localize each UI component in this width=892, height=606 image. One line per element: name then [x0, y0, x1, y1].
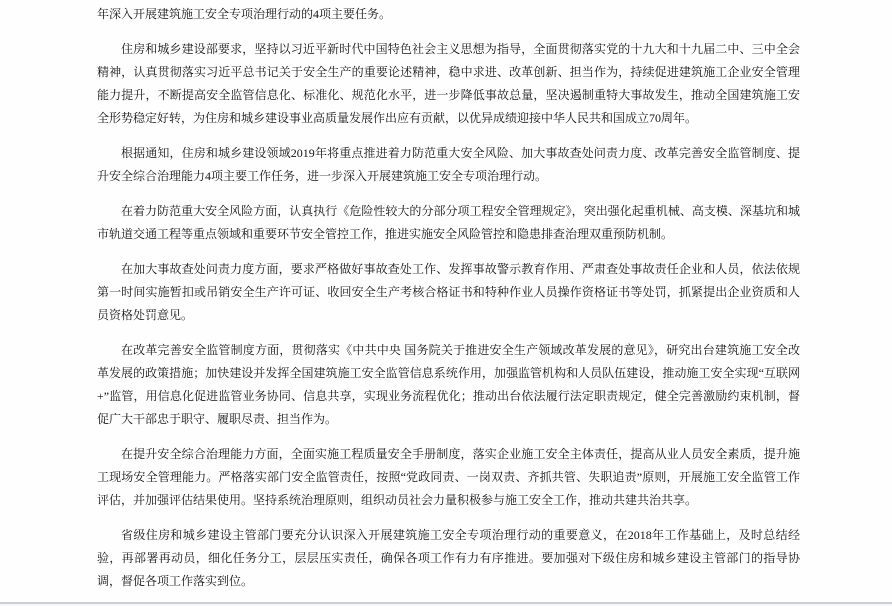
article-paragraph: 年深入开展建筑施工安全专项治理行动的4项主要任务。 [97, 3, 800, 26]
article-paragraph: 根据通知，住房和城乡建设领域2019年将重点推进着力防范重大安全风险、加大事故查… [97, 142, 800, 188]
article-paragraph: 在加大事故查处问责力度方面，要求严格做好事故查处工作、发挥事故警示教育作用、严肃… [97, 258, 800, 327]
document-page: { "page": { "background_color": "#fefefe… [0, 0, 892, 606]
article-paragraph: 在提升安全综合治理能力方面，全面实施工程质量安全手册制度，落实企业施工安全主体责… [97, 443, 800, 512]
article-paragraph: 省级住房和城乡建设主管部门要充分认识深入开展建筑施工安全专项治理行动的重要意义，… [97, 524, 800, 593]
article-paragraph: 在改革完善安全监管制度方面，贯彻落实《中共中央 国务院关于推进安全生产领域改革发… [97, 339, 800, 431]
article-body: 年深入开展建筑施工安全专项治理行动的4项主要任务。 住房和城乡建设部要求，坚持以… [97, 3, 800, 605]
article-paragraph: 住房和城乡建设部要求，坚持以习近平新时代中国特色社会主义思想为指导，全面贯彻落实… [97, 38, 800, 130]
article-paragraph: 在着力防范重大安全风险方面，认真执行《危险性较大的分部分项工程安全管理规定》，突… [97, 200, 800, 246]
